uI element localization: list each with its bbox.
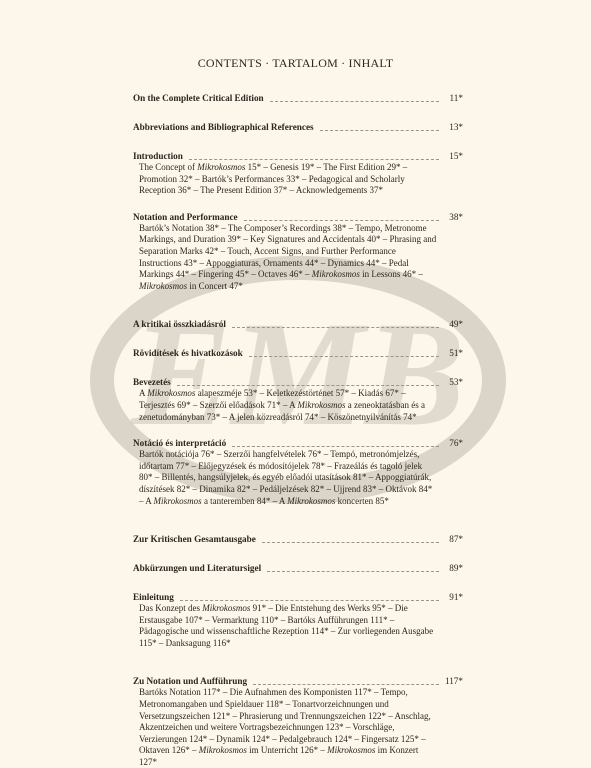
toc-entry-subsections: Bartók notációja 76* – Szerzői hangfelvé… (133, 449, 463, 507)
toc-entry-title[interactable]: Einleitung (133, 591, 174, 603)
toc-entry-subsections: A Mikrokosmos alapeszméje 53* – Keletkez… (133, 388, 463, 423)
toc-entry[interactable]: Notáció és interpretáció76*Bartók notáci… (133, 437, 463, 507)
toc-entry-title[interactable]: Abbreviations and Bibliographical Refere… (133, 121, 314, 133)
toc-entry-page: 38* (445, 211, 463, 223)
toc-entry-page: 49* (445, 318, 463, 330)
toc-entry-title[interactable]: Zur Kritischen Gesamtausgabe (133, 533, 256, 545)
toc-entry-page: 51* (445, 347, 463, 359)
dot-leader (262, 541, 439, 543)
toc-entry-title[interactable]: Notáció és interpretáció (133, 437, 226, 449)
toc-entry[interactable]: Rövidítések és hivatkozások51* (133, 347, 463, 359)
toc-entry[interactable]: Introduction15*The Concept of Mikrokosmo… (133, 150, 463, 197)
dot-leader (253, 683, 439, 685)
dot-leader (180, 599, 439, 601)
toc-entry-page: 13* (445, 121, 463, 133)
toc-entry-page: 11* (445, 92, 463, 104)
dot-leader (320, 129, 439, 131)
page-title: CONTENTS · TARTALOM · INHALT (0, 56, 591, 71)
toc-entry[interactable]: A kritikai összkiadásról49* (133, 318, 463, 330)
dot-leader (232, 326, 439, 328)
table-of-contents: On the Complete Critical Edition11*Abbre… (133, 92, 463, 768)
toc-entry-page: 91* (445, 591, 463, 603)
toc-entry[interactable]: Zur Kritischen Gesamtausgabe87* (133, 533, 463, 545)
toc-entry-page: 53* (445, 376, 463, 388)
dot-leader (270, 100, 439, 102)
toc-entry-title[interactable]: On the Complete Critical Edition (133, 92, 264, 104)
toc-entry[interactable]: Zu Notation und Aufführung117*Bartóks No… (133, 675, 463, 768)
toc-entry-title[interactable]: A kritikai összkiadásról (133, 318, 226, 330)
toc-entry-title[interactable]: Notation and Performance (133, 211, 238, 223)
toc-entry-page: 87* (445, 533, 463, 545)
toc-entry-page: 117* (445, 675, 463, 687)
dot-leader (249, 355, 439, 357)
toc-entry-subsections: Bartók’s Notation 38* – The Composer’s R… (133, 223, 463, 293)
dot-leader (189, 158, 439, 160)
toc-entry-title[interactable]: Bevezetés (133, 376, 171, 388)
toc-entry[interactable]: Bevezetés53*A Mikrokosmos alapeszméje 53… (133, 376, 463, 423)
toc-entry-subsections: Bartóks Notation 117* – Die Aufnahmen de… (133, 687, 463, 768)
toc-entry[interactable]: Notation and Performance38*Bartók’s Nota… (133, 211, 463, 293)
toc-entry-subsections: Das Konzept des Mikrokosmos 91* – Die En… (133, 603, 463, 649)
toc-entry[interactable]: Abbreviations and Bibliographical Refere… (133, 121, 463, 133)
dot-leader (267, 570, 439, 572)
toc-entry-title[interactable]: Abkürzungen und Literatursigel (133, 562, 261, 574)
toc-entry[interactable]: Abkürzungen und Literatursigel89* (133, 562, 463, 574)
toc-entry[interactable]: Einleitung91*Das Konzept des Mikrokosmos… (133, 591, 463, 649)
toc-entry-page: 76* (445, 437, 463, 449)
toc-entry-title[interactable]: Zu Notation und Aufführung (133, 675, 247, 687)
toc-entry-page: 15* (445, 150, 463, 162)
toc-entry-page: 89* (445, 562, 463, 574)
dot-leader (232, 445, 439, 447)
toc-entry[interactable]: On the Complete Critical Edition11* (133, 92, 463, 104)
toc-entry-subsections: The Concept of Mikrokosmos 15* – Genesis… (133, 162, 463, 197)
dot-leader (244, 219, 439, 221)
dot-leader (177, 384, 439, 386)
toc-entry-title[interactable]: Introduction (133, 150, 183, 162)
toc-entry-title[interactable]: Rövidítések és hivatkozások (133, 347, 243, 359)
